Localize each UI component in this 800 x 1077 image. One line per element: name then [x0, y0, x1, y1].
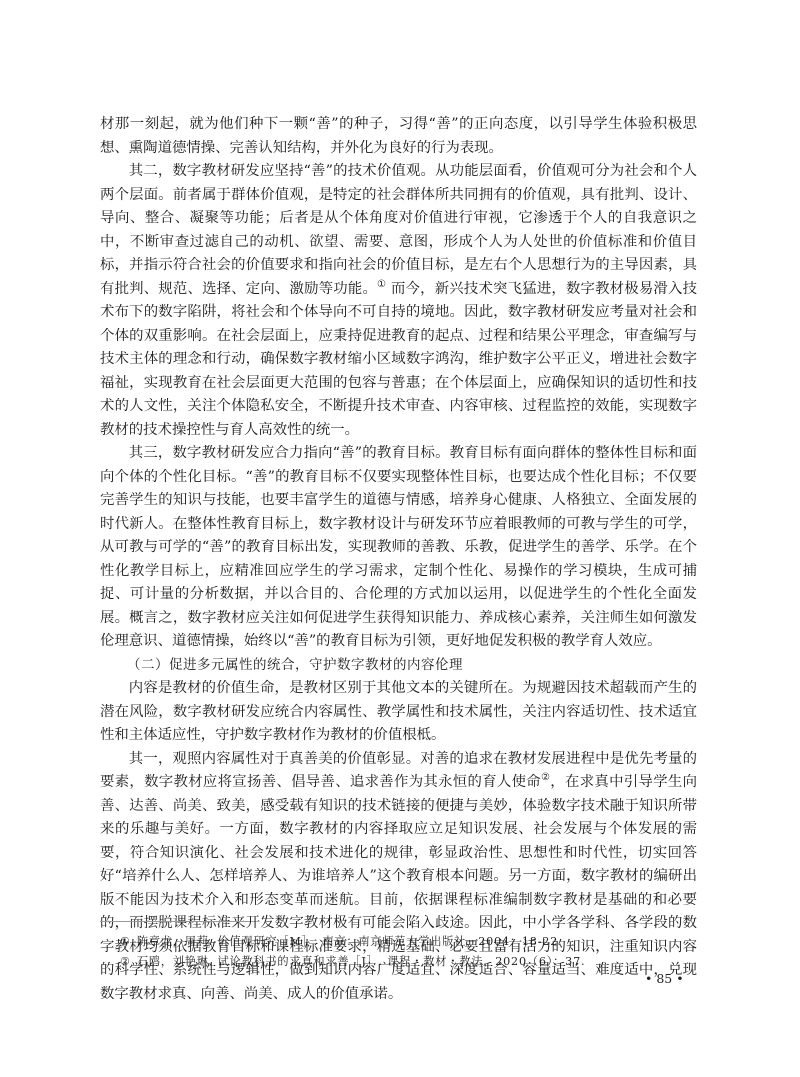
- footnote-1: ①陈章龙，周莉. 价值观研究［M］. 南京：南京师范大学出版社，2004：18-…: [120, 932, 700, 952]
- footnote-mark: ①: [120, 935, 131, 948]
- paragraph-content-intro: 内容是教材的价值生命，是教材区别于其他文本的关键所在。为规避因技术超载而产生的潜…: [100, 677, 697, 748]
- footnote-text: 陈章龙，周莉. 价值观研究［M］. 南京：南京师范大学出版社，2004：18-2…: [137, 935, 563, 948]
- paragraph-text: 而今，新兴技术突飞猛进，数字教材极易滑入技术布下的数字陷阱，将社会和个体导向不可…: [100, 281, 697, 438]
- footnote-mark: ②: [120, 955, 131, 968]
- footnote-2: ②石鸥，刘艳琳. 试论教科书的求真和求善［J］. 课程・教材・教法，2020（6…: [120, 952, 700, 972]
- footnotes: ①陈章龙，周莉. 价值观研究［M］. 南京：南京师范大学出版社，2004：18-…: [120, 932, 700, 972]
- paragraph-educational-goals: 其三，数字教材研发应合力指向“善”的教育目标。教育目标有面向群体的整体性目标和面…: [100, 442, 697, 654]
- page-number: • 85 •: [645, 971, 684, 986]
- section-heading: （二）促进多元属性的统合，守护数字教材的内容伦理: [100, 654, 697, 678]
- paragraph-continuation: 材那一刻起，就为他们种下一颗“善”的种子，习得“善”的正向态度，以引导学生体验积…: [100, 113, 697, 160]
- footnote-ref-2[interactable]: ②: [541, 772, 550, 783]
- paragraph-technical-values: 其二，数字教材研发应坚持“善”的技术价值观。从功能层面看，价值观可分为社会和个人…: [100, 160, 697, 442]
- page-body: 材那一刻起，就为他们种下一颗“善”的种子，习得“善”的正向态度，以引导学生体验积…: [100, 113, 697, 1006]
- footnote-divider: [100, 921, 250, 922]
- paragraph-text: 其二，数字教材研发应坚持“善”的技术价值观。从功能层面看，价值观可分为社会和个人…: [100, 163, 697, 297]
- footnote-text: 石鸥，刘艳琳. 试论教科书的求真和求善［J］. 课程・教材・教法，2020（6）…: [137, 955, 586, 968]
- footnote-ref-1[interactable]: ①: [377, 279, 386, 290]
